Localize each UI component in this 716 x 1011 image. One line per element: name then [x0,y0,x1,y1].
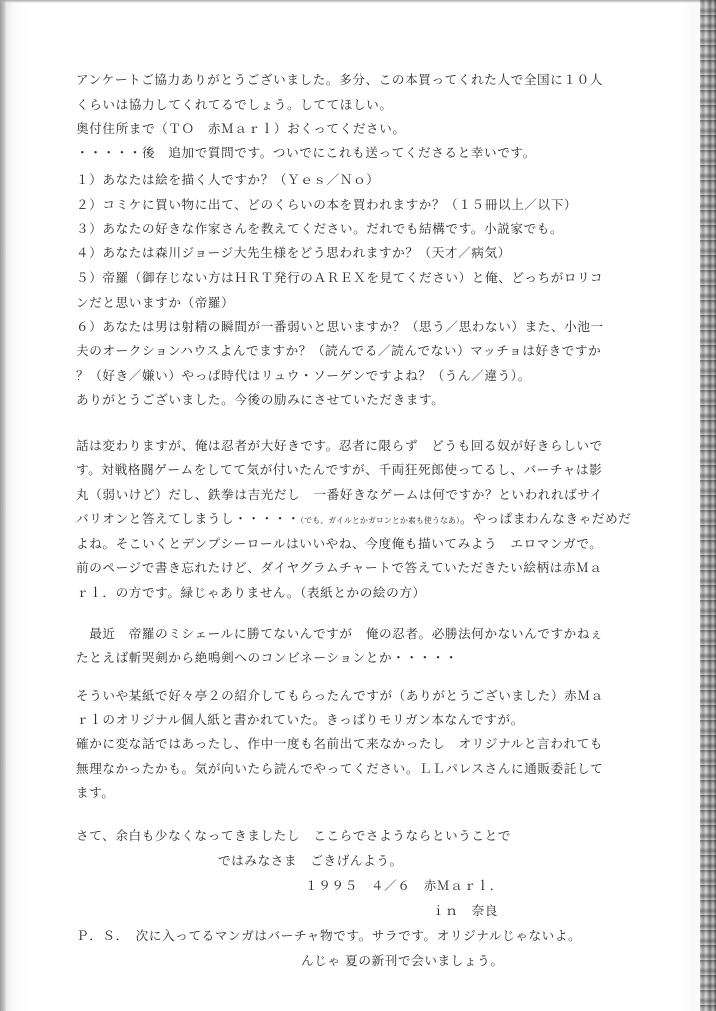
page-top-edge [0,0,716,3]
paragraph-line: 最近 帝羅のミシェールに勝てないんですが 俺の忍者。必勝法何かないんですかねぇ [76,628,603,641]
paragraph-line: ｒｌのオリジナル個人紙と書かれていた。きっぱりモリガン本なんですが。 [76,714,524,727]
farewell-line: んじゃ 夏の新刊で会いましょう。 [301,955,504,968]
signature-date: １９９５ ４／６ 赤Ｍａｒｌ． [305,880,503,893]
paragraph-line: 確かに変な話ではあったし、作中一度も名前出て来なかったし オリジナルと言われても [76,738,603,751]
closing-line: さて、余白も少なくなってきましたし ここらでさようならということで [76,830,511,843]
paragraph-line: 無理なかったかも。気が向いたら読んでやってください。ＬＬパレスさんに通販委託して [76,763,603,776]
survey-question: ４）あなたは森川ジョージ大先生様をどう思われますか？（天才／病気） [76,247,511,260]
paragraph-line: ｒｌ．の方です。緑じゃありません。（表紙とかの絵の方） [76,587,426,600]
page-binding-edge [700,0,716,1011]
survey-question: ３）あなたの好きな作家さんを教えてください。だれでも結構です。小説家でも。 [76,223,563,236]
paragraph-line: たとえば斬哭剣から絶鳴剣へのコンビネーションとか・・・・・ [76,652,458,665]
survey-question: ンだと思いますか（帝羅） [76,297,234,310]
survey-line: くらいは協力してくれてるでしょう。しててほしい。 [76,99,393,112]
paragraph-line: そういや某紙で好々亭２の紹介してもらったんですが（ありがとうございました）赤Ｍａ [76,690,604,703]
paragraph-text: バリオンと答えてしまうし・・・・・ [76,511,300,526]
closing-greeting: ではみなさま ごきげんよう。 [218,855,403,868]
survey-question: ？（好き／嫌い）やっぱ時代はリュウ・ソーゲンですよね？（うん／違う）。 [76,370,531,383]
paragraph-line: ます。 [76,787,115,800]
survey-question: ２）コミケに買い物に出て、どのくらいの本を買われますか？（１５冊以上／以下） [76,199,577,212]
survey-question: ６）あなたは男は射精の瞬間が一番弱いと思いますか？（思う／思わない）また、小池一 [76,321,604,334]
paragraph-line: 丸（弱いけど）だし、鉄拳は吉光だし 一番好きなゲームは何ですか？といわれればサイ [76,489,603,502]
survey-line: 奥付住所まで（ＴＯ 赤Ｍａｒｌ）おくってください。 [76,123,406,136]
survey-line: ・・・・・後 追加で質問です。ついでにこれも送ってくださると幸いです。 [76,147,536,160]
postscript: Ｐ．Ｓ． 次に入ってるマンガはバーチャ物です。サラです。オリジナルじゃないよ。 [76,930,581,943]
survey-line: アンケートご協力ありがとうございました。多分、この本買ってくれた人で全国に１０人 [76,74,603,87]
survey-question: １）あなたは絵を描く人ですか？（Ｙｅｓ／Ｎｏ） [76,174,379,187]
signature-place: ｉｎ 奈良 [432,905,498,918]
paragraph-text: 。やっぱまわんなきゃだめだ [460,511,632,526]
paragraph-line: バリオンと答えてしまうし・・・・・（でも、ガイルとかガロンとか素も使うなあ）。や… [76,513,631,526]
survey-line: ありがとうございました。今後の励みにさせていただきます。 [76,394,444,407]
survey-question: ５）帝羅（御存じない方はＨＲＴ発行のＡＲＥＸを見てください）と俺、どっちがロリコ [76,272,603,285]
page-left-shadow [0,0,6,1011]
paragraph-line: す。対戦格闘ゲームをしてて気が付いたんですが、千両狂死郎使ってるし、バーチャは影 [76,464,602,477]
small-aside-text: （でも、ガイルとかガロンとか素も使うなあ） [300,516,460,525]
paragraph-line: 前のページで書き忘れたけど、ダイヤグラムチャートで答えていただきたい絵柄は赤Ｍａ [76,562,603,575]
paragraph-line: よね。そこいくとデンプシーロールはいいやね、今度俺も描いてみよう エロマンガで。 [76,538,603,551]
survey-question: 夫のオークションハウスよんでますか？（読んでる／読んでない）マッチョは好きですか [76,345,601,358]
paragraph-line: 話は変わりますが、俺は忍者が大好きです。忍者に限らず どうも回る奴が好きらしいで [76,440,603,453]
scanned-page: アンケートご協力ありがとうございました。多分、この本買ってくれた人で全国に１０人… [0,0,716,1011]
